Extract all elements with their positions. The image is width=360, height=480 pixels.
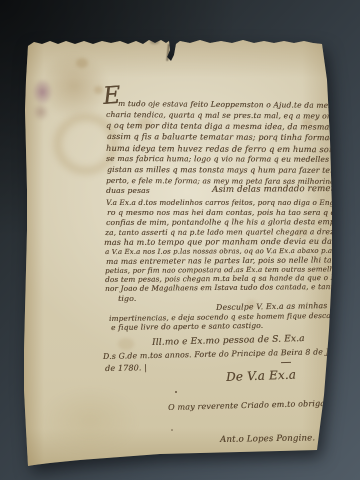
manuscript-line: duas pesas	[106, 186, 150, 195]
valediction-line: O may reverente Criado em.to obrigado.	[168, 399, 338, 412]
signature-line: Ant.o Lopes Pongine.	[220, 433, 315, 445]
manuscript-line: q oq tem por dita tenta diga a mesma ide…	[106, 121, 356, 132]
photo-background: Em tudo oje estava feito Leoppemston o A…	[0, 0, 360, 480]
manuscript-line: nor Joao de Magalhaens em Istava tudo do…	[105, 282, 350, 293]
manuscript-line: ro q mesmo nos mas hei dam contas, pois …	[107, 208, 347, 217]
address-line: De V.a Ex.a	[226, 368, 296, 384]
manuscript-line: charia tendica, quarta q mal se pres.ta …	[106, 110, 359, 121]
date-place-line: D.s G.de m.tos annos. Forte do Principe …	[103, 347, 349, 361]
manuscript-text: Em tudo oje estava feito Leoppemston o A…	[0, 0, 360, 480]
manuscript-line: za, tanto asserti q na p.te lado men qua…	[105, 227, 351, 237]
manuscript-line: confias de mim, pontandolhe q lhe his a …	[106, 217, 346, 227]
manuscript-line: mas ha m.to tempo que por manham onde de…	[104, 237, 355, 247]
letter-paper: Em tudo oje estava feito Leoppemston o A…	[0, 0, 360, 480]
manuscript-line: V.a Ex.a d.tos modelinhos carros feitos,…	[106, 198, 358, 207]
manuscript-line: m tudo oje estava feito Leoppemston o Aj…	[118, 99, 360, 110]
salutation-line: Ill.mo e Ex.mo pessoa de S. Ex.a	[152, 334, 305, 348]
manuscript-line: tigo.	[118, 294, 136, 303]
paper-face: Em tudo oje estava feito Leoppemston o A…	[0, 0, 360, 480]
year-line: de 1780. |	[105, 363, 147, 373]
manuscript-line: huma ideya tem huvez redas de ferro q em…	[106, 143, 352, 154]
manuscript-line: assim q fis a baluarte tematar mas; porq…	[107, 132, 340, 142]
manuscript-line: Asim delas mandado remeteo a	[212, 184, 353, 195]
manuscript-line: e fique livre do aperto e santo castigo.	[111, 321, 263, 332]
manuscript-line: se mas fabrica huma; logo q vio na forma…	[106, 154, 353, 164]
manuscript-line: gistan as milles q mas tonsta mays q hum…	[107, 165, 352, 175]
